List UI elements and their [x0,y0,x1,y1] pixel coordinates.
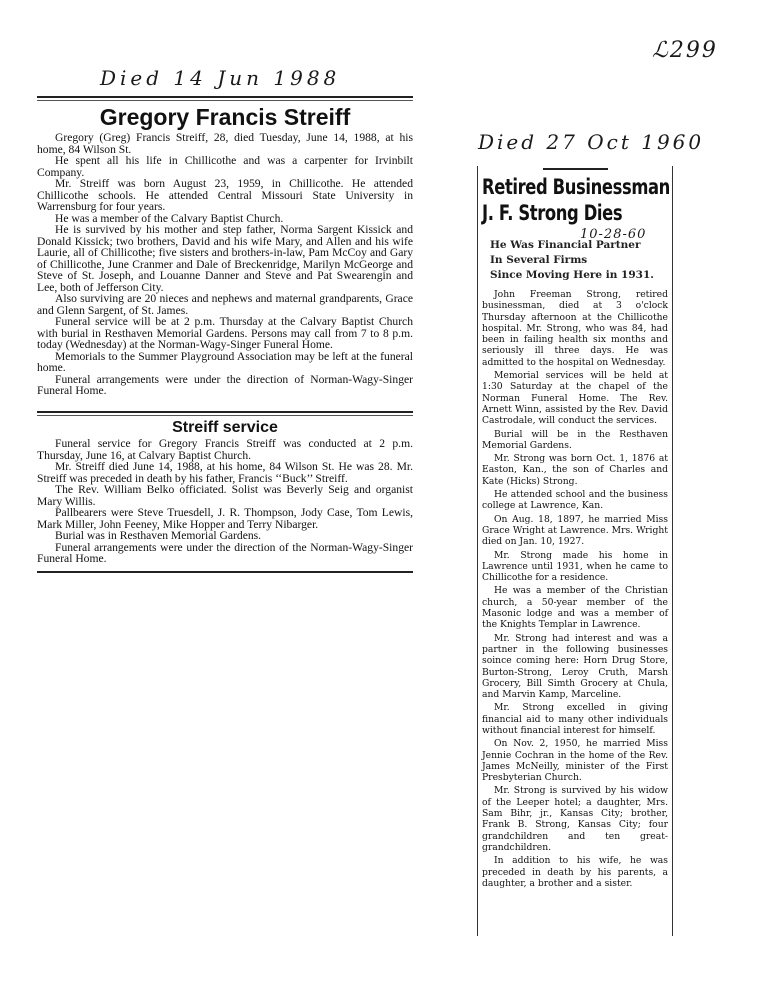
handwritten-death-date-strong: Died 27 Oct 1960 [478,130,704,154]
subhead-line: He Was Financial Partner [490,238,668,253]
paragraph: He was a member of the Christian church,… [482,585,668,630]
top-rule-thin [37,415,413,416]
top-rule [37,96,413,98]
paragraph: He is survived by his mother and step fa… [37,224,413,293]
obituary-clipping-strong: Retired Businessman J. F. Strong Dies He… [477,166,673,936]
paragraph: Mr. Strong had interest and was a partne… [482,633,668,701]
paragraph: John Freeman Strong, retired businessman… [482,289,668,368]
paragraph: Mr. Streiff died June 14, 1988, at his h… [37,461,413,484]
paragraph: On Nov. 2, 1950, he married Miss Jennie … [482,738,668,783]
paragraph: Pallbearers were Steve Truesdell, J. R. … [37,507,413,530]
paragraph: Also surviving are 20 nieces and nephews… [37,293,413,316]
paragraph: Memorials to the Summer Playground Assoc… [37,351,413,374]
obituary-body: John Freeman Strong, retired businessman… [482,289,668,889]
bottom-rule [37,571,413,573]
paragraph: Gregory (Greg) Francis Streiff, 28, died… [37,132,413,155]
paragraph: Funeral arrangements were under the dire… [37,374,413,397]
subhead-line: Since Moving Here in 1931. [490,268,668,283]
paragraph: Funeral arrangements were under the dire… [37,542,413,565]
paragraph: Mr. Strong was born Oct. 1, 1876 at East… [482,453,668,487]
top-rule-thin [37,100,413,101]
headline-line-2: J. F. Strong Dies [482,200,627,226]
service-headline: Streiff service [37,419,413,437]
headline-line-1: Retired Businessman [482,174,627,200]
paragraph: He attended school and the business coll… [482,489,668,512]
service-body: Funeral service for Gregory Francis Stre… [37,438,413,565]
obituary-headline: Gregory Francis Streiff [37,104,413,131]
top-rule [37,411,413,413]
paragraph: On Aug. 18, 1897, he married Miss Grace … [482,514,668,548]
top-rule [543,168,608,170]
subheadline: He Was Financial Partner In Several Firm… [490,238,668,283]
paragraph: In addition to his wife, he was preceded… [482,855,668,889]
obituary-clipping-streiff: Gregory Francis Streiff Gregory (Greg) F… [37,96,413,397]
paragraph: Mr. Streiff was born August 23, 1959, in… [37,178,413,213]
funeral-service-clipping-streiff: Streiff service Funeral service for Greg… [37,411,413,573]
paragraph: He spent all his life in Chillicothe and… [37,155,413,178]
paragraph: Burial was in Resthaven Memorial Gardens… [37,530,413,542]
paragraph: Funeral service for Gregory Francis Stre… [37,438,413,461]
handwritten-reference-number: ℒ299 [652,38,718,63]
handwritten-death-date-streiff: Died 14 Jun 1988 [100,66,340,90]
paragraph: Mr. Strong made his home in Lawrence unt… [482,550,668,584]
paragraph: Memorial services will be held at 1:30 S… [482,370,668,426]
obituary-body: Gregory (Greg) Francis Streiff, 28, died… [37,132,413,397]
subhead-line: In Several Firms [490,253,668,268]
paragraph: Funeral service will be at 2 p.m. Thursd… [37,316,413,351]
paragraph: Burial will be in the Resthaven Memorial… [482,429,668,452]
paragraph: The Rev. William Belko officiated. Solis… [37,484,413,507]
paragraph: Mr. Strong excelled in giving financial … [482,702,668,736]
paragraph: Mr. Strong is survived by his widow of t… [482,785,668,853]
